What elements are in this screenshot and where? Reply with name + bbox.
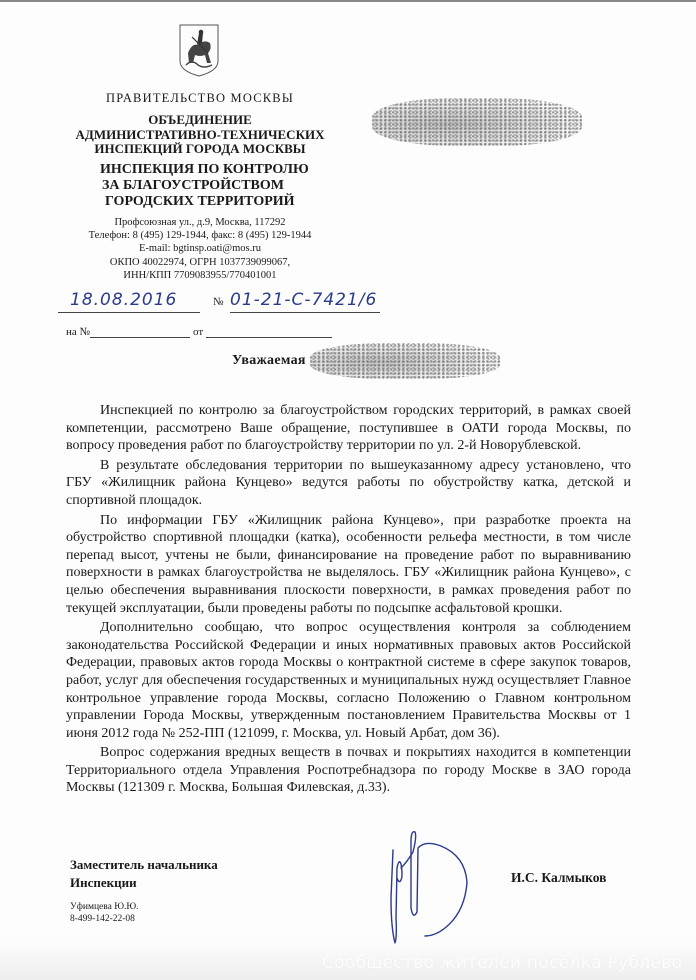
inspection-line: ГОРОДСКИХ ТЕРРИТОРИЙ	[100, 194, 340, 210]
reference-number-label: на №	[66, 326, 90, 338]
body-paragraph: По информации ГБУ «Жилищник района Кунце…	[66, 512, 631, 618]
body-paragraph: Инспекцией по контролю за благоустройств…	[66, 402, 631, 455]
body-paragraph: Вопрос содержания вредных веществ в почв…	[66, 744, 631, 797]
reference-number-blank	[90, 326, 190, 338]
signatory-title: Заместитель начальника Инспекции	[70, 856, 218, 892]
organization-line: АДМИНИСТРАТИВНО-ТЕХНИЧЕСКИХ	[70, 128, 330, 143]
handwritten-signature-icon	[385, 828, 495, 948]
watermark-text: Сообщество жителей посёлка Рублёво	[322, 953, 682, 973]
signatory-title-line: Заместитель начальника	[70, 856, 218, 874]
letter-page: ПРАВИТЕЛЬСТВО МОСКВЫ ОБЪЕДИНЕНИЕ АДМИНИС…	[0, 0, 696, 980]
redacted-recipient-address	[372, 98, 582, 146]
reference-line: на № от	[66, 326, 332, 338]
contact-details: Профсоюзная ул., д.9, Москва, 117292 Тел…	[66, 216, 334, 282]
inspection-line: ЗА БЛАГОУСТРОЙСТВОМ	[100, 178, 340, 194]
contact-address: Профсоюзная ул., д.9, Москва, 117292	[66, 216, 334, 229]
registration-date-field: 18.08.2016	[58, 288, 200, 313]
scan-top-edge	[0, 0, 696, 2]
registration-number-field: 01-21-С-7421/6	[230, 288, 380, 313]
inspection-line: ИНСПЕКЦИЯ ПО КОНТРОЛЮ	[100, 162, 340, 178]
reference-date-blank	[206, 326, 332, 338]
inspection-header: ИНСПЕКЦИЯ ПО КОНТРОЛЮ ЗА БЛАГОУСТРОЙСТВО…	[100, 162, 340, 210]
moscow-coat-of-arms-icon	[178, 23, 220, 77]
handwritten-date: 18.08.2016	[70, 290, 177, 310]
signatory-title-line: Инспекции	[70, 874, 218, 892]
government-header: ПРАВИТЕЛЬСТВО МОСКВЫ	[70, 91, 330, 106]
contact-email: E-mail: bgtinsp.oati@mos.ru	[66, 242, 334, 255]
handwritten-number: 01-21-С-7421/6	[230, 290, 377, 310]
organization-line: ИНСПЕКЦИЙ ГОРОДА МОСКВЫ	[70, 142, 330, 157]
contact-phone: Телефон: 8 (495) 129-1944, факс: 8 (495)…	[66, 229, 334, 242]
reference-from-label: от	[190, 326, 206, 338]
organization-header: ОБЪЕДИНЕНИЕ АДМИНИСТРАТИВНО-ТЕХНИЧЕСКИХ …	[70, 113, 330, 157]
contact-inn: ИНН/КПП 7709083955/770401001	[66, 269, 334, 282]
letter-body: Инспекцией по контролю за благоустройств…	[66, 402, 631, 799]
contact-okpo: ОКПО 40022974, ОГРН 1037739099067,	[66, 256, 334, 269]
signer-name: И.С. Калмыков	[511, 870, 606, 886]
body-paragraph: В результате обследования территории по …	[66, 457, 631, 510]
redacted-recipient-name	[310, 343, 500, 379]
salutation: Уважаемая	[232, 353, 306, 369]
executor-info: Уфимцева Ю.Ю. 8-499-142-22-08	[70, 901, 139, 925]
registration-number-label: №	[213, 296, 224, 308]
executor-phone: 8-499-142-22-08	[70, 913, 139, 925]
executor-name: Уфимцева Ю.Ю.	[70, 901, 139, 913]
body-paragraph: Дополнительно сообщаю, что вопрос осущес…	[66, 619, 631, 742]
organization-line: ОБЪЕДИНЕНИЕ	[70, 113, 330, 128]
